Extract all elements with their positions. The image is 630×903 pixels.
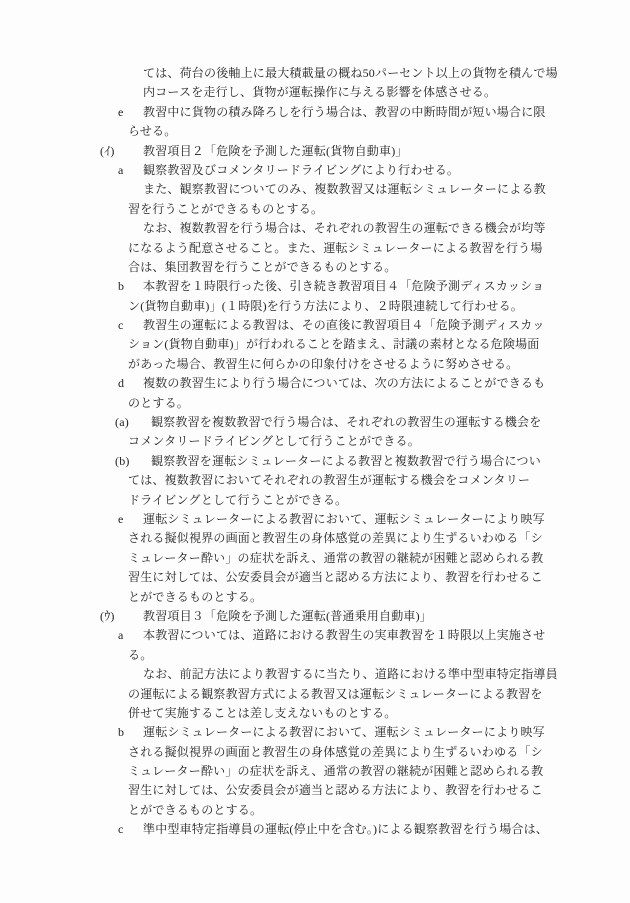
document-line: らせる。 xyxy=(0,122,630,141)
line-text: なお、前記方法により教習するに当たり、道路における準中型車特定指導員 xyxy=(143,665,558,684)
document-line: 習生に対しては、公安委員会が適当と認める方法により、教習を行わせるこ xyxy=(0,568,630,587)
line-text: 複数の教習生により行う場合については、次の方法によることができるも xyxy=(143,374,545,393)
line-text: 習生に対しては、公安委員会が適当と認める方法により、教習を行わせるこ xyxy=(128,781,543,800)
line-text: とができるものとする。 xyxy=(128,588,262,607)
line-text: る。 xyxy=(128,646,152,665)
document-line: 習を行うことができるものとする。 xyxy=(0,200,630,219)
document-line: c教習生の運転による教習は、その直後に教習項目４「危険予測ディスカッ xyxy=(0,316,630,335)
document-line: a本教習については、道路における教習生の実車教習を１時限以上実施させ xyxy=(0,626,630,645)
item-marker: (a) xyxy=(115,413,129,432)
line-text: される擬似視界の画面と教習生の身体感覚の差異により生ずるいわゆる「シ xyxy=(128,529,543,548)
document-line: ミュレーター酔い」の症状を訴え、通常の教習の継続が困難と認められる教 xyxy=(0,549,630,568)
item-marker: b xyxy=(118,723,124,742)
item-marker: (ｳ) xyxy=(100,607,115,626)
document-line: (a)観察教習を複数教習で行う場合は、それぞれの教習生の運転する機会を xyxy=(0,413,630,432)
line-text: 併せて実施することは差し支えないものとする。 xyxy=(128,704,396,723)
document-line: e教習中に貨物の積み降ろしを行う場合は、教習の中断時間が短い場合に限 xyxy=(0,103,630,122)
document-line: 内コースを走行し、貨物が運転操作に与える影響を体感させる。 xyxy=(0,83,630,102)
line-text: の運転による観察教習方式による教習又は運転シミュレーターによる教習を xyxy=(128,685,543,704)
line-text: 習生に対しては、公安委員会が適当と認める方法により、教習を行わせるこ xyxy=(128,568,543,587)
line-text: 観察教習を複数教習で行う場合は、それぞれの教習生の運転する機会を xyxy=(151,413,541,432)
line-text: 本教習については、道路における教習生の実車教習を１時限以上実施させ xyxy=(143,626,545,645)
document-line: ミュレーター酔い」の症状を訴え、通常の教習の継続が困難と認められる教 xyxy=(0,762,630,781)
document-line: される擬似視界の画面と教習生の身体感覚の差異により生ずるいわゆる「シ xyxy=(0,529,630,548)
item-marker: a xyxy=(118,626,124,645)
line-text: ては、複数教習においてそれぞれの教習生が運転する機会をコメンタリー xyxy=(128,471,530,490)
item-marker: e xyxy=(118,510,124,529)
line-text: なお、複数教習を行う場合は、それぞれの教習生の運転できる機会が均等 xyxy=(143,219,546,238)
document-line: があった場合、教習生に何らかの印象付けをさせるように努めさせる。 xyxy=(0,355,630,374)
document-line: 習生に対しては、公安委員会が適当と認める方法により、教習を行わせるこ xyxy=(0,781,630,800)
line-text: 教習項目２「危険を予測した運転(貨物自動車)」 xyxy=(143,142,408,161)
line-text: 観察教習及びコメンタリードライビングにより行わせる。 xyxy=(143,161,459,180)
item-marker: b xyxy=(118,277,124,296)
line-text: ション(貨物自動車)」が行われることを踏まえ、討議の素材となる危険場面 xyxy=(128,335,539,354)
document-line: 併せて実施することは差し支えないものとする。 xyxy=(0,704,630,723)
line-text: 内コースを走行し、貨物が運転操作に与える影響を体感させる。 xyxy=(143,83,496,102)
document-line: の運転による観察教習方式による教習又は運転シミュレーターによる教習を xyxy=(0,685,630,704)
document-line: d複数の教習生により行う場合については、次の方法によることができるも xyxy=(0,374,630,393)
document-line: ては、荷台の後軸上に最大積載量の概ね50パーセント以上の貨物を積んで場 xyxy=(0,64,630,83)
line-text: ては、荷台の後軸上に最大積載量の概ね50パーセント以上の貨物を積んで場 xyxy=(143,64,558,83)
line-text: 合は、集団教習を行うことができるものとする。 xyxy=(128,258,396,277)
item-marker: (b) xyxy=(115,452,130,471)
document-page: ては、荷台の後軸上に最大積載量の概ね50パーセント以上の貨物を積んで場内コースを… xyxy=(0,0,630,903)
item-marker: a xyxy=(118,161,124,180)
document-line: される擬似視界の画面と教習生の身体感覚の差異により生ずるいわゆる「シ xyxy=(0,743,630,762)
document-line: ン(貨物自動車)」(１時限)を行う方法により、２時限連続して行わせる。 xyxy=(0,297,630,316)
document-line: なお、前記方法により教習するに当たり、道路における準中型車特定指導員 xyxy=(0,665,630,684)
line-text: される擬似視界の画面と教習生の身体感覚の差異により生ずるいわゆる「シ xyxy=(128,743,543,762)
line-text: ドライビングとして行うことができる。 xyxy=(128,491,347,510)
document-line: コメンタリードライビングとして行うことができる。 xyxy=(0,432,630,451)
document-line: (b)観察教習を運転シミュレーターによる教習と複数教習で行う場合につい xyxy=(0,452,630,471)
line-text: 本教習を１時限行った後、引き続き教習項目４「危険予測ディスカッショ xyxy=(143,277,544,296)
line-text: があった場合、教習生に何らかの印象付けをさせるように努めさせる。 xyxy=(128,355,518,374)
document-text-block: ては、荷台の後軸上に最大積載量の概ね50パーセント以上の貨物を積んで場内コースを… xyxy=(0,64,630,840)
line-text: ミュレーター酔い」の症状を訴え、通常の教習の継続が困難と認められる教 xyxy=(128,549,543,568)
document-line: ては、複数教習においてそれぞれの教習生が運転する機会をコメンタリー xyxy=(0,471,630,490)
line-text: 準中型車特定指導員の運転(停止中を含む。)による観察教習を行う場合は、 xyxy=(143,820,548,839)
item-marker: e xyxy=(118,103,124,122)
document-line: とができるものとする。 xyxy=(0,588,630,607)
document-line: ション(貨物自動車)」が行われることを踏まえ、討議の素材となる危険場面 xyxy=(0,335,630,354)
line-text: 運転シミュレーターによる教習において、運転シミュレーターにより映写 xyxy=(143,723,545,742)
document-line: (ｲ)教習項目２「危険を予測した運転(貨物自動車)」 xyxy=(0,142,630,161)
line-text: 教習中に貨物の積み降ろしを行う場合は、教習の中断時間が短い場合に限 xyxy=(143,103,546,122)
line-text: 教習項目３「危険を予測した運転(普通乗用自動車)」 xyxy=(143,607,432,626)
document-line: b本教習を１時限行った後、引き続き教習項目４「危険予測ディスカッショ xyxy=(0,277,630,296)
line-text: ミュレーター酔い」の症状を訴え、通常の教習の継続が困難と認められる教 xyxy=(128,762,543,781)
line-text: ン(貨物自動車)」(１時限)を行う方法により、２時限連続して行わせる。 xyxy=(128,297,523,316)
line-text: になるよう配意させること。また、運転シミュレーターによる教習を行う場 xyxy=(128,239,543,258)
document-line: また、観察教習についてのみ、複数教習又は運転シミュレーターによる教 xyxy=(0,180,630,199)
item-marker: (ｲ) xyxy=(100,142,115,161)
line-text: のとする。 xyxy=(128,394,189,413)
item-marker: c xyxy=(118,820,124,839)
document-line: ドライビングとして行うことができる。 xyxy=(0,491,630,510)
document-line: なお、複数教習を行う場合は、それぞれの教習生の運転できる機会が均等 xyxy=(0,219,630,238)
line-text: とができるものとする。 xyxy=(128,801,262,820)
line-text: 習を行うことができるものとする。 xyxy=(128,200,323,219)
document-line: になるよう配意させること。また、運転シミュレーターによる教習を行う場 xyxy=(0,239,630,258)
line-text: らせる。 xyxy=(128,122,176,141)
line-text: 教習生の運転による教習は、その直後に教習項目４「危険予測ディスカッ xyxy=(143,316,545,335)
document-line: とができるものとする。 xyxy=(0,801,630,820)
line-text: コメンタリードライビングとして行うことができる。 xyxy=(128,432,420,451)
document-line: 合は、集団教習を行うことができるものとする。 xyxy=(0,258,630,277)
document-line: e運転シミュレーターによる教習において、運転シミュレーターにより映写 xyxy=(0,510,630,529)
document-line: c準中型車特定指導員の運転(停止中を含む。)による観察教習を行う場合は、 xyxy=(0,820,630,839)
item-marker: d xyxy=(118,374,124,393)
line-text: 運転シミュレーターによる教習において、運転シミュレーターにより映写 xyxy=(143,510,545,529)
line-text: また、観察教習についてのみ、複数教習又は運転シミュレーターによる教 xyxy=(143,180,546,199)
document-line: (ｳ)教習項目３「危険を予測した運転(普通乗用自動車)」 xyxy=(0,607,630,626)
document-line: る。 xyxy=(0,646,630,665)
document-line: b運転シミュレーターによる教習において、運転シミュレーターにより映写 xyxy=(0,723,630,742)
line-text: 観察教習を運転シミュレーターによる教習と複数教習で行う場合につい xyxy=(151,452,541,471)
item-marker: c xyxy=(118,316,124,335)
document-line: a観察教習及びコメンタリードライビングにより行わせる。 xyxy=(0,161,630,180)
document-line: のとする。 xyxy=(0,394,630,413)
